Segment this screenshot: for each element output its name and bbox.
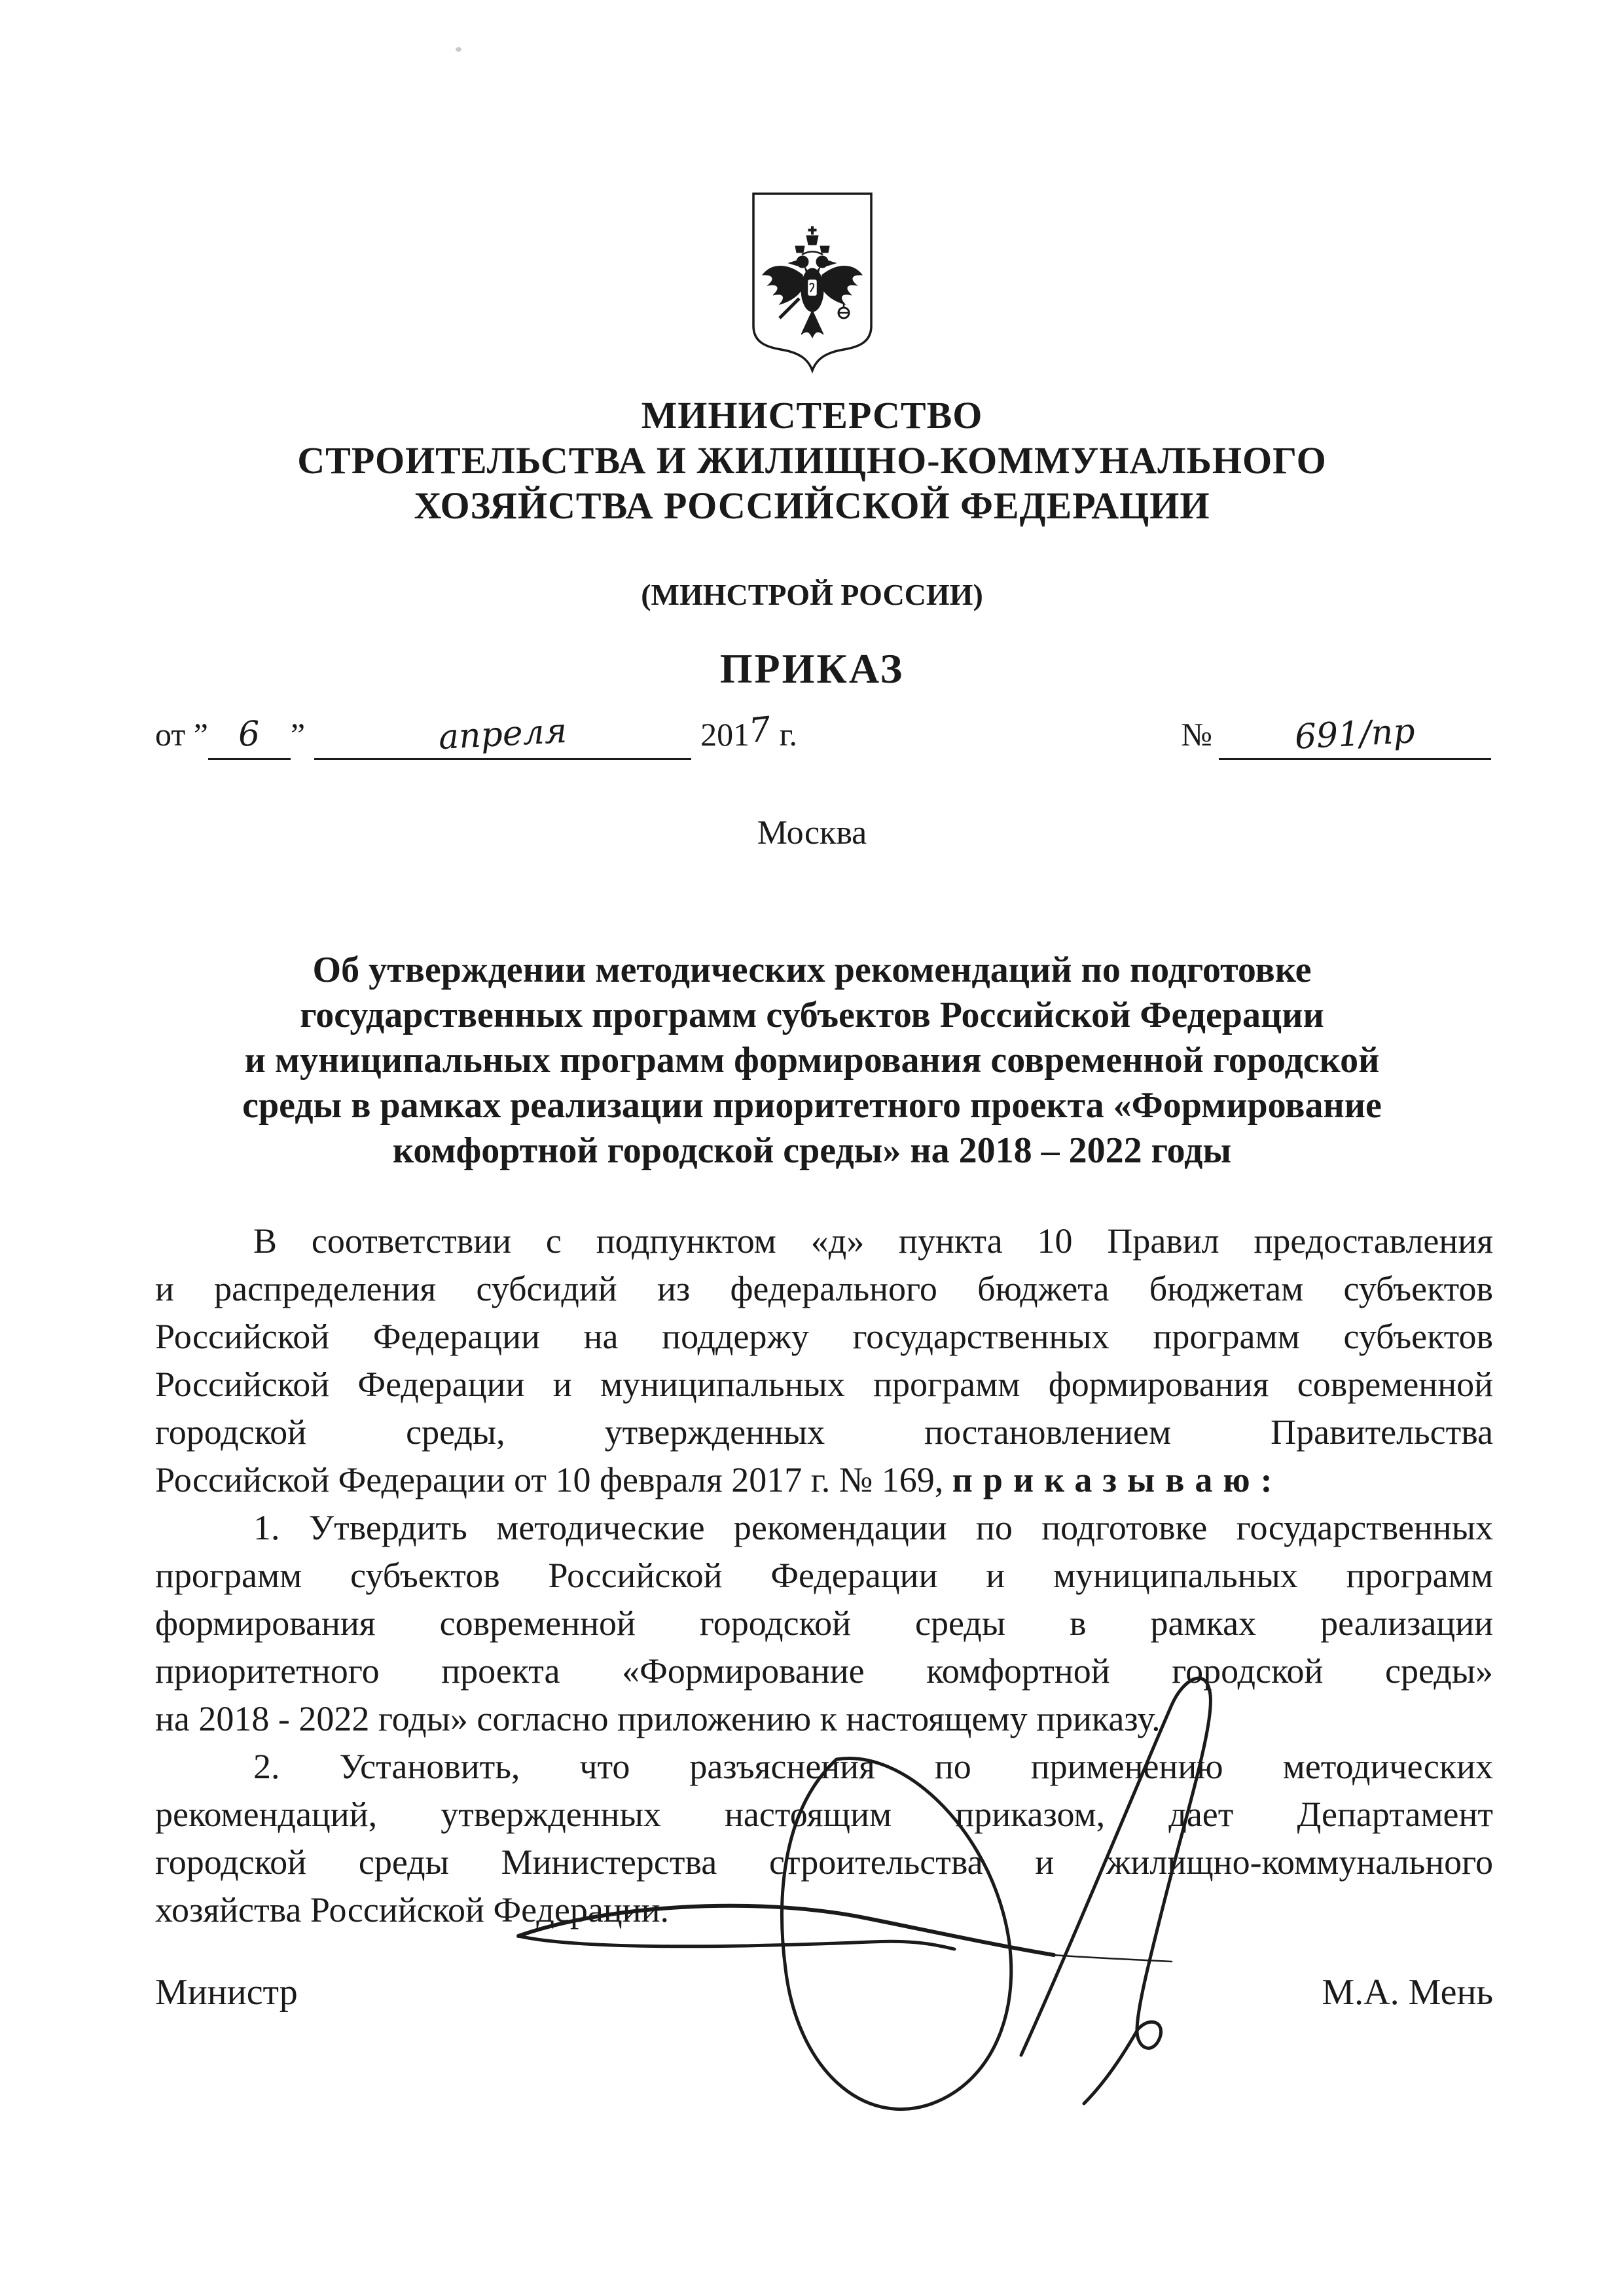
coat-of-arms-russia-icon xyxy=(747,188,878,375)
body-text: и распределения субсидий из федерального… xyxy=(155,1269,1493,1308)
body-text: приоритетного проекта «Формирование комф… xyxy=(155,1651,1493,1691)
body-line: на 2018 - 2022 годы» согласно приложению… xyxy=(155,1695,1493,1743)
body-line: приоритетного проекта «Формирование комф… xyxy=(155,1647,1493,1695)
body-line: городской среды, утвержденных постановле… xyxy=(155,1408,1493,1456)
body-line: В соответствии с подпунктом «д» пункта 1… xyxy=(155,1217,1493,1265)
body-text: хозяйства Российской Федерации. xyxy=(155,1890,669,1929)
body-text: городской среды, утвержденных постановле… xyxy=(155,1412,1493,1452)
body-text: Российской Федерации и муниципальных про… xyxy=(155,1365,1493,1404)
number-blank: 691/пр xyxy=(1219,715,1491,760)
body-line: программ субъектов Российской Федерации … xyxy=(155,1552,1493,1600)
handwritten-month: апреля xyxy=(438,711,568,757)
body-text: : xyxy=(1261,1460,1272,1499)
ministry-name-line: ХОЗЯЙСТВА РОССИЙСКОЙ ФЕДЕРАЦИИ xyxy=(0,483,1624,528)
body-text: городской среды Министерства строительст… xyxy=(155,1842,1493,1882)
ministry-name-line: СТРОИТЕЛЬСТВА И ЖИЛИЩНО-КОММУНАЛЬНОГО xyxy=(0,438,1624,483)
signer-name: М.А. Мень xyxy=(1322,1971,1493,2013)
number-sign: № xyxy=(1181,716,1212,753)
body-line: 1. Утвердить методические рекомендации п… xyxy=(155,1504,1493,1552)
scan-noise-dot xyxy=(456,47,461,52)
order-title: Об утверждении методических рекомендаций… xyxy=(216,948,1408,1174)
date-year-printed: 201 xyxy=(700,716,749,753)
ministry-name: МИНИСТЕРСТВО СТРОИТЕЛЬСТВА И ЖИЛИЩНО-КОМ… xyxy=(0,393,1624,528)
body-text: В соответствии с подпунктом «д» пункта 1… xyxy=(253,1221,1493,1261)
document-type-heading: ПРИКАЗ xyxy=(0,645,1624,693)
date-line: от ”6”апреля2017 г. xyxy=(155,715,797,760)
body-line: хозяйства Российской Федерации. xyxy=(155,1886,1493,1934)
body-text: рекомендаций, утвержденных настоящим при… xyxy=(155,1795,1493,1834)
date-closing-quote: ” xyxy=(291,716,305,753)
body-text: 2. Установить, что разъяснения по примен… xyxy=(253,1747,1493,1786)
body-line: городской среды Министерства строительст… xyxy=(155,1839,1493,1886)
date-year-suffix: г. xyxy=(780,716,797,753)
body-text: Российской Федерации от 10 февраля 2017 … xyxy=(155,1460,952,1499)
body-line: рекомендаций, утвержденных настоящим при… xyxy=(155,1791,1493,1839)
signer-position: Министр xyxy=(155,1971,298,2013)
signature-row: Министр М.А. Мень xyxy=(155,1971,1493,2013)
order-title-line: и муниципальных программ формирования со… xyxy=(216,1038,1408,1083)
body-text: формирования современной городской среды… xyxy=(155,1604,1493,1643)
document-page: МИНИСТЕРСТВО СТРОИТЕЛЬСТВА И ЖИЛИЩНО-КОМ… xyxy=(0,0,1624,2296)
body-line: 2. Установить, что разъяснения по примен… xyxy=(155,1743,1493,1791)
body-text: Российской Федерации на поддержу государ… xyxy=(155,1317,1493,1356)
body-text: приказываю xyxy=(952,1460,1261,1499)
order-title-line: комфортной городской среды» на 2018 – 20… xyxy=(216,1128,1408,1174)
date-day-blank: 6 xyxy=(208,715,291,760)
body-text: на 2018 - 2022 годы» согласно приложению… xyxy=(155,1699,1161,1738)
body-line: Российской Федерации от 10 февраля 2017 … xyxy=(155,1456,1493,1504)
handwritten-year-digit: 7 xyxy=(747,709,772,751)
body-text: программ субъектов Российской Федерации … xyxy=(155,1556,1493,1595)
date-month-blank: апреля xyxy=(314,715,691,760)
order-title-line: среды в рамках реализации приоритетного … xyxy=(216,1083,1408,1128)
city-label: Москва xyxy=(0,814,1624,852)
order-title-line: Об утверждении методических рекомендаций… xyxy=(216,948,1408,993)
body-text: 1. Утвердить методические рекомендации п… xyxy=(253,1508,1493,1547)
body-line: Российской Федерации на поддержу государ… xyxy=(155,1313,1493,1361)
date-from-label: от ” xyxy=(155,716,208,753)
ministry-name-line: МИНИСТЕРСТВО xyxy=(0,393,1624,438)
order-body: В соответствии с подпунктом «д» пункта 1… xyxy=(155,1217,1493,1934)
handwritten-number: 691/пр xyxy=(1294,711,1416,757)
body-line: Российской Федерации и муниципальных про… xyxy=(155,1361,1493,1408)
date-number-row: от ”6”апреля2017 г. №691/пр xyxy=(155,715,1491,760)
body-line: и распределения субсидий из федерального… xyxy=(155,1265,1493,1313)
document-number-line: №691/пр xyxy=(1181,715,1491,760)
ministry-short-name: (МИНСТРОЙ РОССИИ) xyxy=(0,577,1624,612)
order-title-line: государственных программ субъектов Росси… xyxy=(216,993,1408,1038)
handwritten-day: 6 xyxy=(238,714,261,755)
body-line: формирования современной городской среды… xyxy=(155,1600,1493,1647)
